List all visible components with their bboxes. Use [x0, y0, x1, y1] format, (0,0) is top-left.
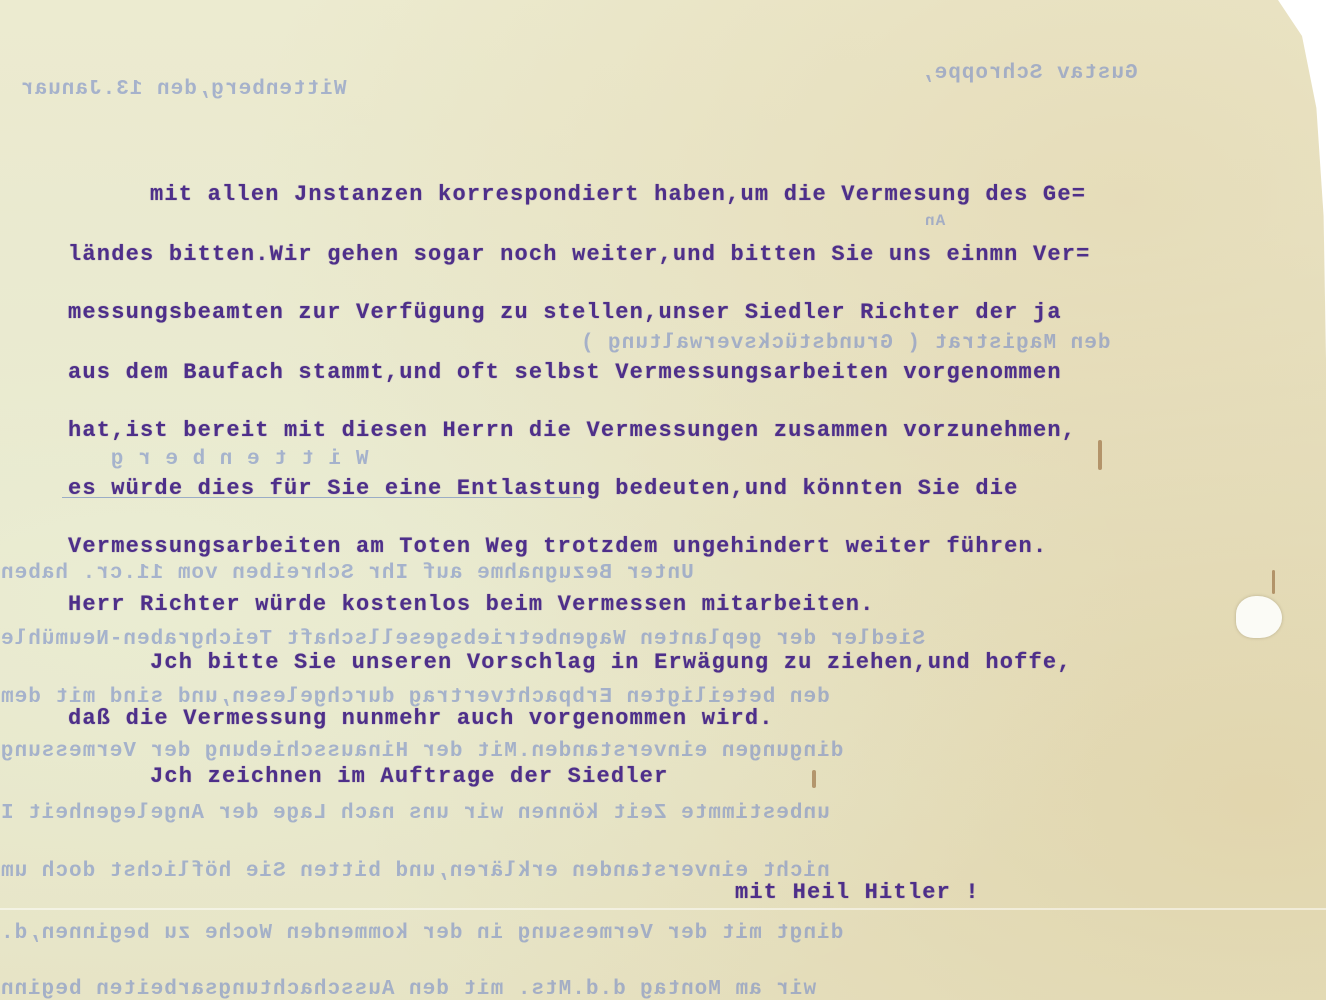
- closing-line: mit Heil Hitler !: [735, 880, 980, 905]
- bleed-line: dingungen einverstanden.Mit der Hinaussc…: [0, 740, 843, 763]
- body-line: daß die Vermessung nunmehr auch vorgenom…: [68, 706, 774, 731]
- bleed-line: unbestimmte Zeit können wir uns nach Lag…: [0, 802, 830, 825]
- stain-mark: [1272, 570, 1275, 594]
- body-line: mit allen Jnstanzen korrespondiert haben…: [150, 182, 1086, 207]
- body-line: hat,ist bereit mit diesen Herrn die Verm…: [68, 418, 1076, 443]
- body-line: aus dem Baufach stammt,und oft selbst Ve…: [68, 360, 1062, 385]
- bleed-line: dingt mit der Vermessung in der kommende…: [0, 922, 843, 945]
- body-line: Herr Richter würde kostenlos beim Vermes…: [68, 592, 875, 617]
- body-line: ländes bitten.Wir gehen sogar noch weite…: [68, 242, 1091, 267]
- paper-hole: [1236, 596, 1282, 638]
- bleed-city: W i t t e n b e r g: [110, 448, 368, 471]
- body-line: messungsbeamten zur Verfügung zu stellen…: [68, 300, 1062, 325]
- bleed-an: An: [924, 212, 945, 230]
- bleed-line: Siedler der geplanten Wagenbetriebsgesel…: [0, 628, 925, 651]
- signature-preface: Jch zeichnen im Auftrage der Siedler: [150, 764, 668, 789]
- fold-line: [0, 908, 1326, 910]
- bleed-line: wir am Montag d.d.Mts. mit den Ausschach…: [0, 978, 816, 1000]
- bleed-date: Wittenberg,den 13.Januar: [20, 78, 346, 101]
- stain-mark: [812, 770, 816, 788]
- body-line: Vermessungsarbeiten am Toten Weg trotzde…: [68, 534, 1047, 559]
- stain-mark: [1098, 440, 1102, 470]
- bleed-line: Unter Bezugnahme auf Ihr Schreiben vom 1…: [0, 562, 694, 585]
- bleed-recipient: den Magistrat ( Grundstücksverwaltung ): [580, 332, 1110, 355]
- bleed-line: nicht einverstanden erklären,und bitten …: [0, 860, 830, 883]
- body-line: es würde dies für Sie eine Entlastung be…: [68, 476, 1019, 501]
- body-line: Jch bitte Sie unseren Vorschlag in Erwäg…: [150, 650, 1072, 675]
- bleed-sender: Gustav Schroppe,: [920, 62, 1138, 85]
